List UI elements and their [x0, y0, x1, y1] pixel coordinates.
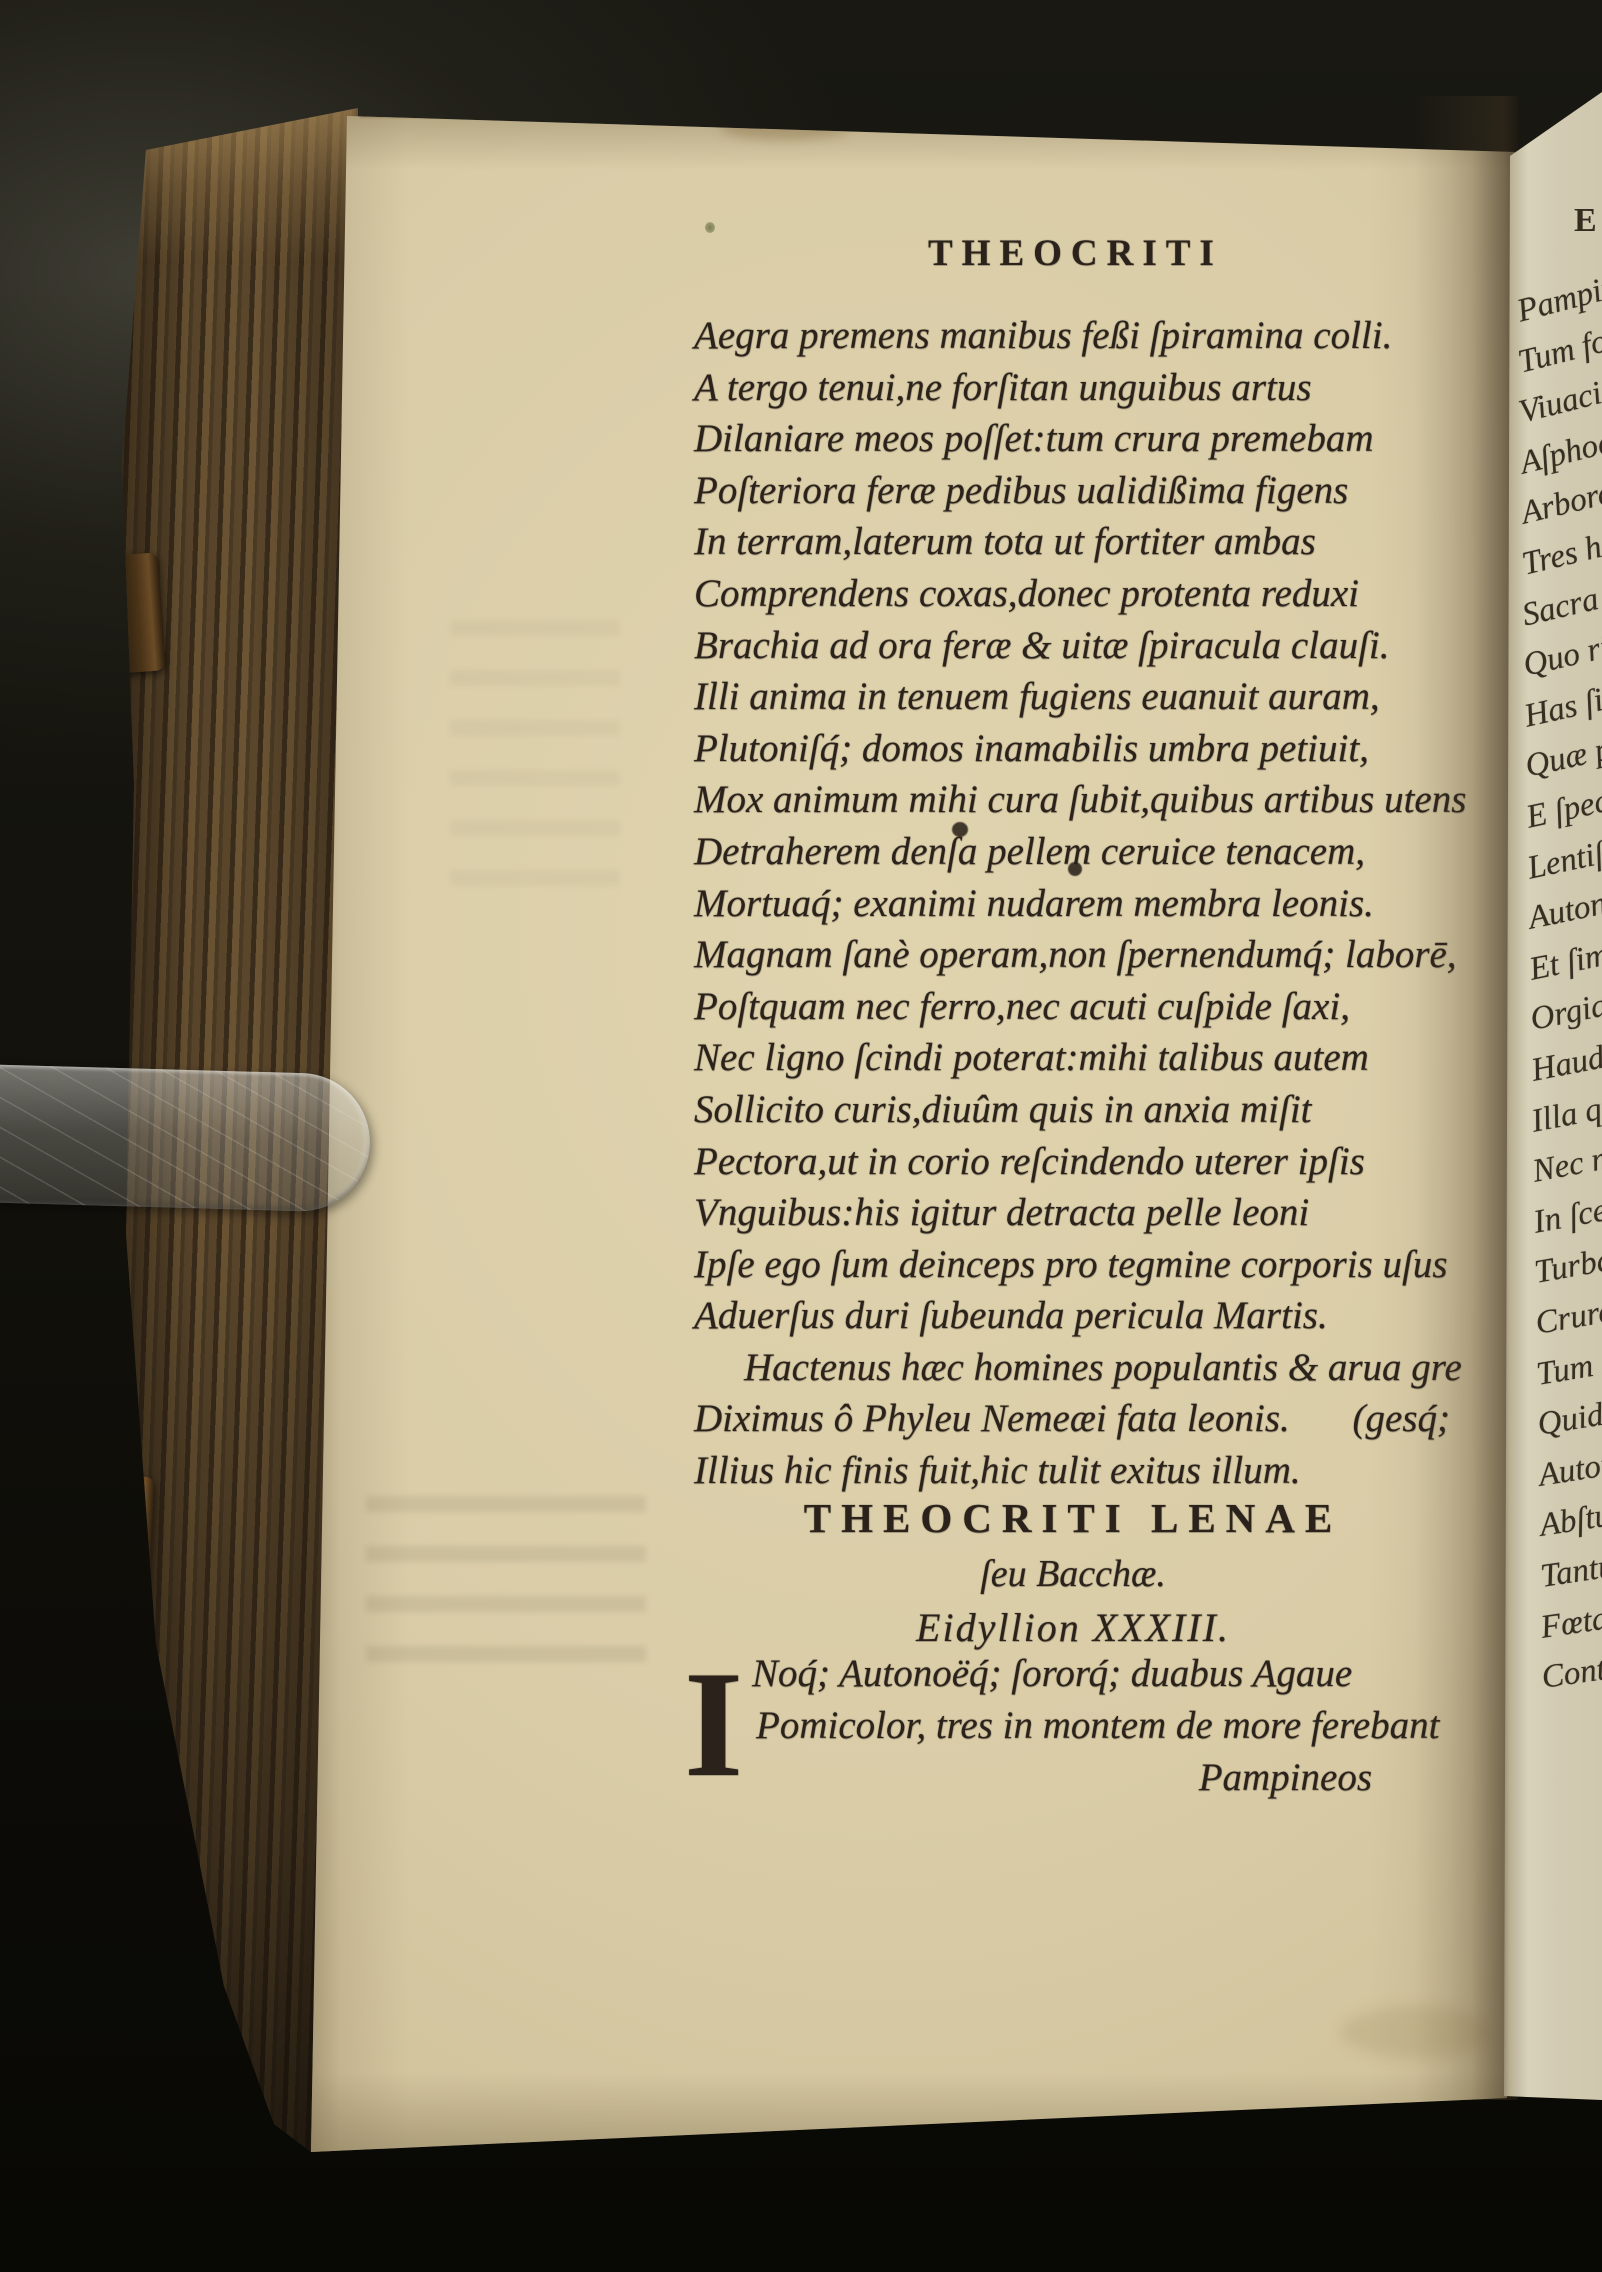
- facing-page-fragment: [1498, 92, 1602, 2100]
- poem-line: Pomicolor, tres in montem de more fereba…: [756, 1700, 1452, 1752]
- ink-blot: [952, 822, 968, 837]
- verse-line: Dilaniare meos poſſet:tum crura premebam: [694, 413, 1452, 465]
- verse-line: Mortuaq́; exanimi nudarem membra leonis.: [694, 878, 1452, 930]
- verse-line: Aduerſus duri ſubeunda pericula Martis.: [694, 1290, 1452, 1342]
- verse-line: Mox animum mihi cura ſubit,quibus artibu…: [694, 774, 1452, 826]
- verse-line: In terram,laterum tota ut fortiter ambas: [694, 516, 1452, 568]
- verse-line: Illius hic finis fuit,hic tulit exitus i…: [694, 1445, 1452, 1497]
- ink-bleedthrough: [450, 620, 620, 920]
- turnover-fragment: (gesq́;: [1353, 1393, 1450, 1445]
- poem-line: Noq́; Autonoëq́; ſororq́; duabus Agaue: [752, 1648, 1452, 1700]
- verse-line: Brachia ad ora feræ & uitæ ſpiracula cla…: [694, 620, 1452, 672]
- ink-blot: [1068, 862, 1082, 876]
- verse-line: Diximus ô Phyleu Nemeæi fata leonis.(ges…: [694, 1393, 1450, 1445]
- verse-line: Pectora,ut in corio reſcindendo uterer i…: [694, 1136, 1452, 1188]
- verse-line: Ipſe ego ſum deinceps pro tegmine corpor…: [694, 1239, 1452, 1291]
- verse-line: Comprendens coxas,donec protenta reduxi: [694, 568, 1452, 620]
- photo-of-open-book: THEOCRITI Aegra premens manibus feßi ſpi…: [0, 0, 1602, 2272]
- transparent-ruler-strip: [0, 1064, 372, 1213]
- verse-text-block: Aegra premens manibus feßi ſpiramina col…: [694, 310, 1452, 1497]
- verse-line: Plutoniſq́; domos inamabilis umbra petiu…: [694, 723, 1452, 775]
- book-page: THEOCRITI Aegra premens manibus feßi ſpi…: [300, 100, 1518, 2162]
- verse-line: Vnguibus:his igitur detracta pelle leoni: [694, 1187, 1452, 1239]
- verse-line: Magnam ſanè operam,non ſpernendumq́; lab…: [694, 929, 1452, 981]
- verse-line: Nec ligno ſcindi poterat:mihi talibus au…: [694, 1032, 1452, 1084]
- poem-number: Eidyllion XXXIII.: [694, 1604, 1452, 1651]
- poem-subtitle: ſeu Bacchæ.: [694, 1552, 1452, 1596]
- verse-line: Illi anima in tenuem fugiens euanuit aur…: [694, 671, 1452, 723]
- poem-title: THEOCRITI LENAE: [694, 1494, 1452, 1542]
- poem-opening: I Noq́; Autonoëq́; ſororq́; duabus Agaue…: [694, 1648, 1452, 1804]
- verse-line: Hactenus hæc homines populantis & arua g…: [694, 1342, 1452, 1394]
- drop-cap-initial: I: [684, 1654, 743, 1794]
- paper-stain: [1340, 2006, 1490, 2058]
- running-header: THEOCRITI: [928, 232, 1223, 275]
- verse-line: Poſtquam nec ferro,nec acuti cuſpide ſax…: [694, 981, 1452, 1033]
- paper-speck: [705, 222, 715, 233]
- verse-line: Poſteriora feræ pedibus ualidißima figen…: [694, 465, 1452, 517]
- verse-line: A tergo tenui,ne forſitan unguibus artus: [694, 362, 1452, 414]
- section-heading: THEOCRITI LENAE ſeu Bacchæ. Eidyllion XX…: [694, 1494, 1452, 1651]
- verse-line: Aegra premens manibus feßi ſpiramina col…: [694, 310, 1452, 362]
- poem-line-turnover: Pampineos: [694, 1752, 1452, 1804]
- verse-line-text: Diximus ô Phyleu Nemeæi fata leonis.: [694, 1393, 1290, 1445]
- ink-bleedthrough: [366, 1496, 646, 1666]
- verse-line: Sollicito curis,diuûm quis in anxia miſi…: [694, 1084, 1452, 1136]
